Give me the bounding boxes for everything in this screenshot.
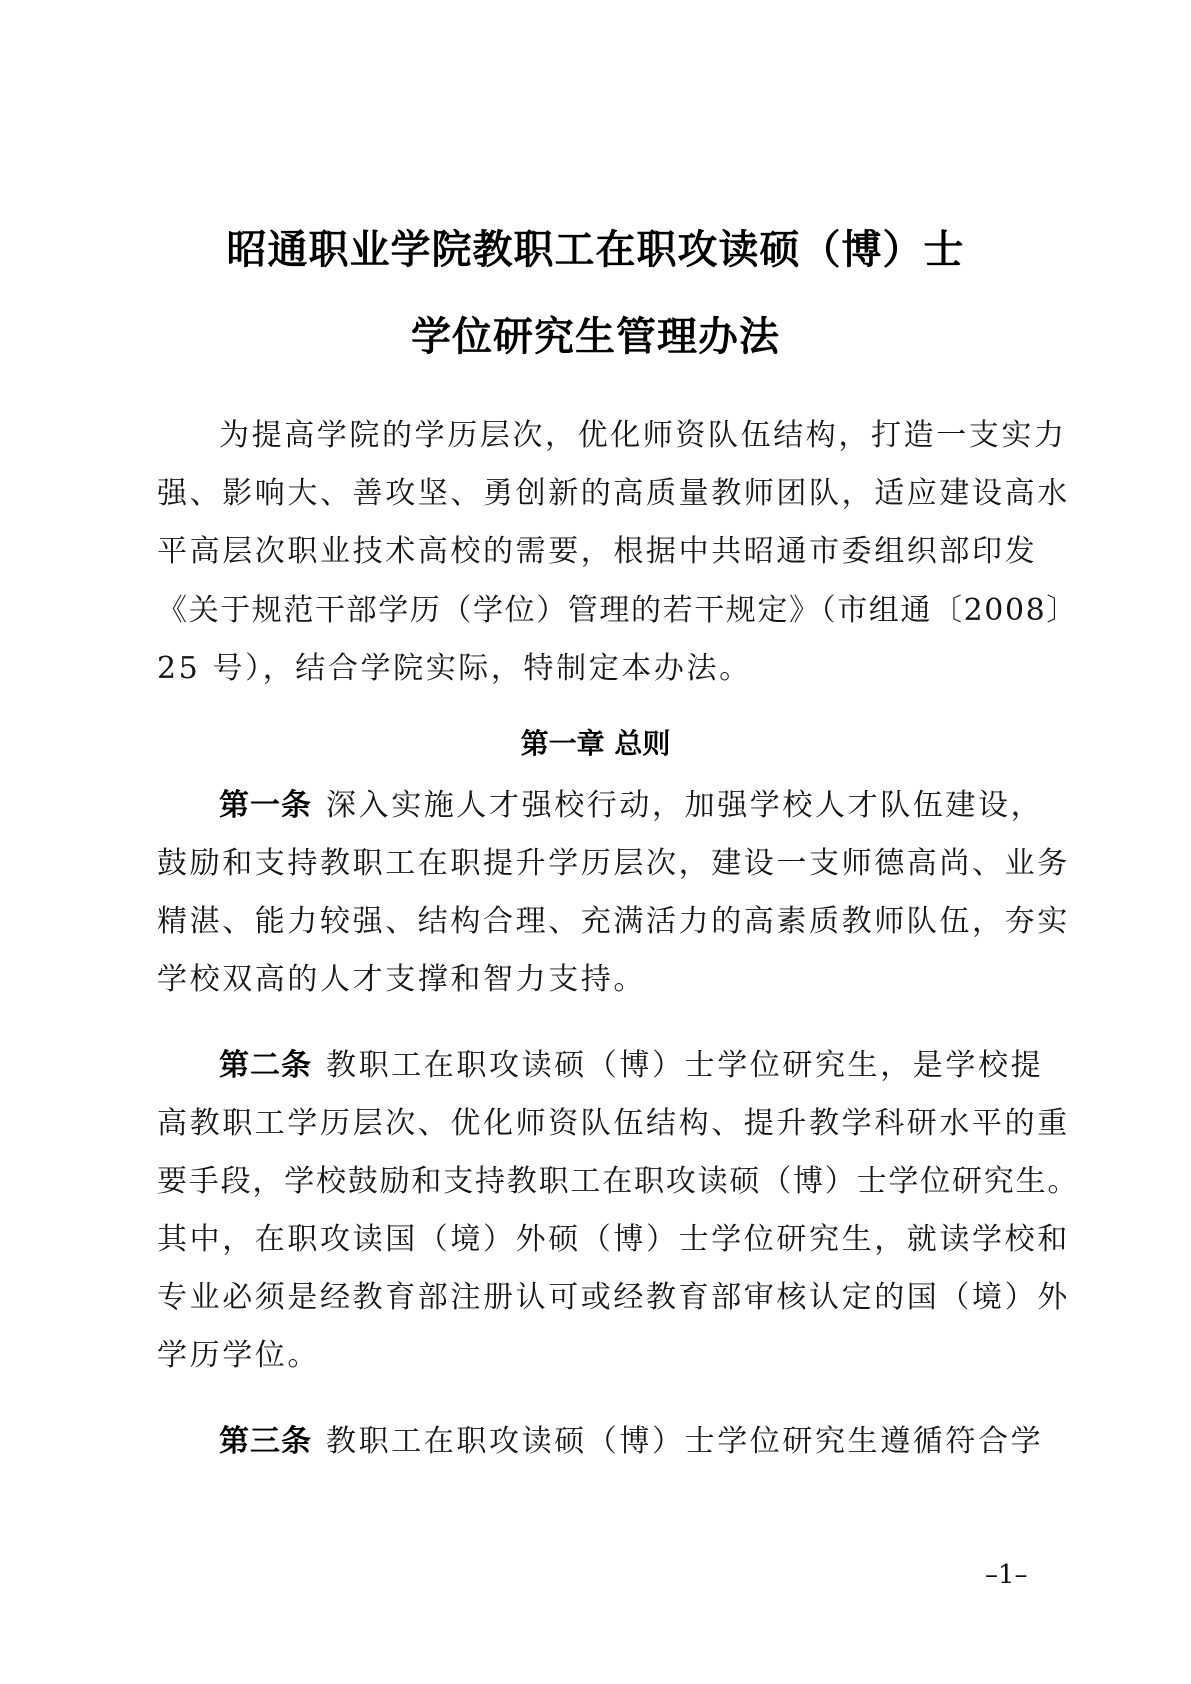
article-line: 高教职工学历层次、优化师资队伍结构、提升教学科研水平的重 bbox=[157, 1098, 1037, 1142]
article-label: 第一条 bbox=[219, 788, 312, 823]
article-text: 教职工在职攻读硕（博）士学位研究生遵循符合学 bbox=[326, 1424, 1043, 1459]
preamble-line: 为提高学院的学历层次，优化师资队伍结构，打造一支实力 bbox=[219, 410, 1099, 454]
article-text: 教职工在职攻读硕（博）士学位研究生，是学校提 bbox=[326, 1048, 1043, 1083]
article-line: 精湛、能力较强、结构合理、充满活力的高素质教师队伍，夯实 bbox=[157, 896, 1037, 940]
document-title-line-2: 学位研究生管理办法 bbox=[0, 305, 1191, 362]
article-label: 第三条 bbox=[219, 1424, 312, 1459]
article-line: 学历学位。 bbox=[157, 1330, 1037, 1374]
article-line: 第三条教职工在职攻读硕（博）士学位研究生遵循符合学 bbox=[219, 1416, 1099, 1460]
preamble-line: 平高层次职业技术高校的需要，根据中共昭通市委组织部印发 bbox=[157, 526, 1037, 570]
article-line: 要手段，学校鼓励和支持教职工在职攻读硕（博）士学位研究生。 bbox=[157, 1156, 1037, 1200]
article-label: 第二条 bbox=[219, 1048, 312, 1083]
chapter-heading: 第一章 总则 bbox=[0, 722, 1191, 762]
document-page: 昭通职业学院教职工在职攻读硕（博）士 学位研究生管理办法 为提高学院的学历层次，… bbox=[0, 0, 1191, 1684]
article-line: 鼓励和支持教职工在职提升学历层次，建设一支师德高尚、业务 bbox=[157, 838, 1037, 882]
preamble-line: 强、影响大、善攻坚、勇创新的高质量教师团队，适应建设高水 bbox=[157, 468, 1037, 512]
page-number: –1– bbox=[985, 1560, 1028, 1590]
article-line: 专业必须是经教育部注册认可或经教育部审核认定的国（境）外 bbox=[157, 1272, 1037, 1316]
article-line: 其中，在职攻读国（境）外硕（博）士学位研究生，就读学校和 bbox=[157, 1214, 1037, 1258]
article-line: 学校双高的人才支撑和智力支持。 bbox=[157, 954, 1037, 998]
article-line: 第一条深入实施人才强校行动，加强学校人才队伍建设， bbox=[219, 780, 1099, 824]
preamble-line: 《关于规范干部学历（学位）管理的若干规定》（市组通〔2008〕 bbox=[157, 585, 1037, 629]
article-text: 深入实施人才强校行动，加强学校人才队伍建设， bbox=[326, 788, 1043, 823]
preamble-line: 25 号），结合学院实际，特制定本办法。 bbox=[157, 643, 1037, 687]
document-title-line-1: 昭通职业学院教职工在职攻读硕（博）士 bbox=[0, 218, 1191, 275]
article-line: 第二条教职工在职攻读硕（博）士学位研究生，是学校提 bbox=[219, 1040, 1099, 1084]
